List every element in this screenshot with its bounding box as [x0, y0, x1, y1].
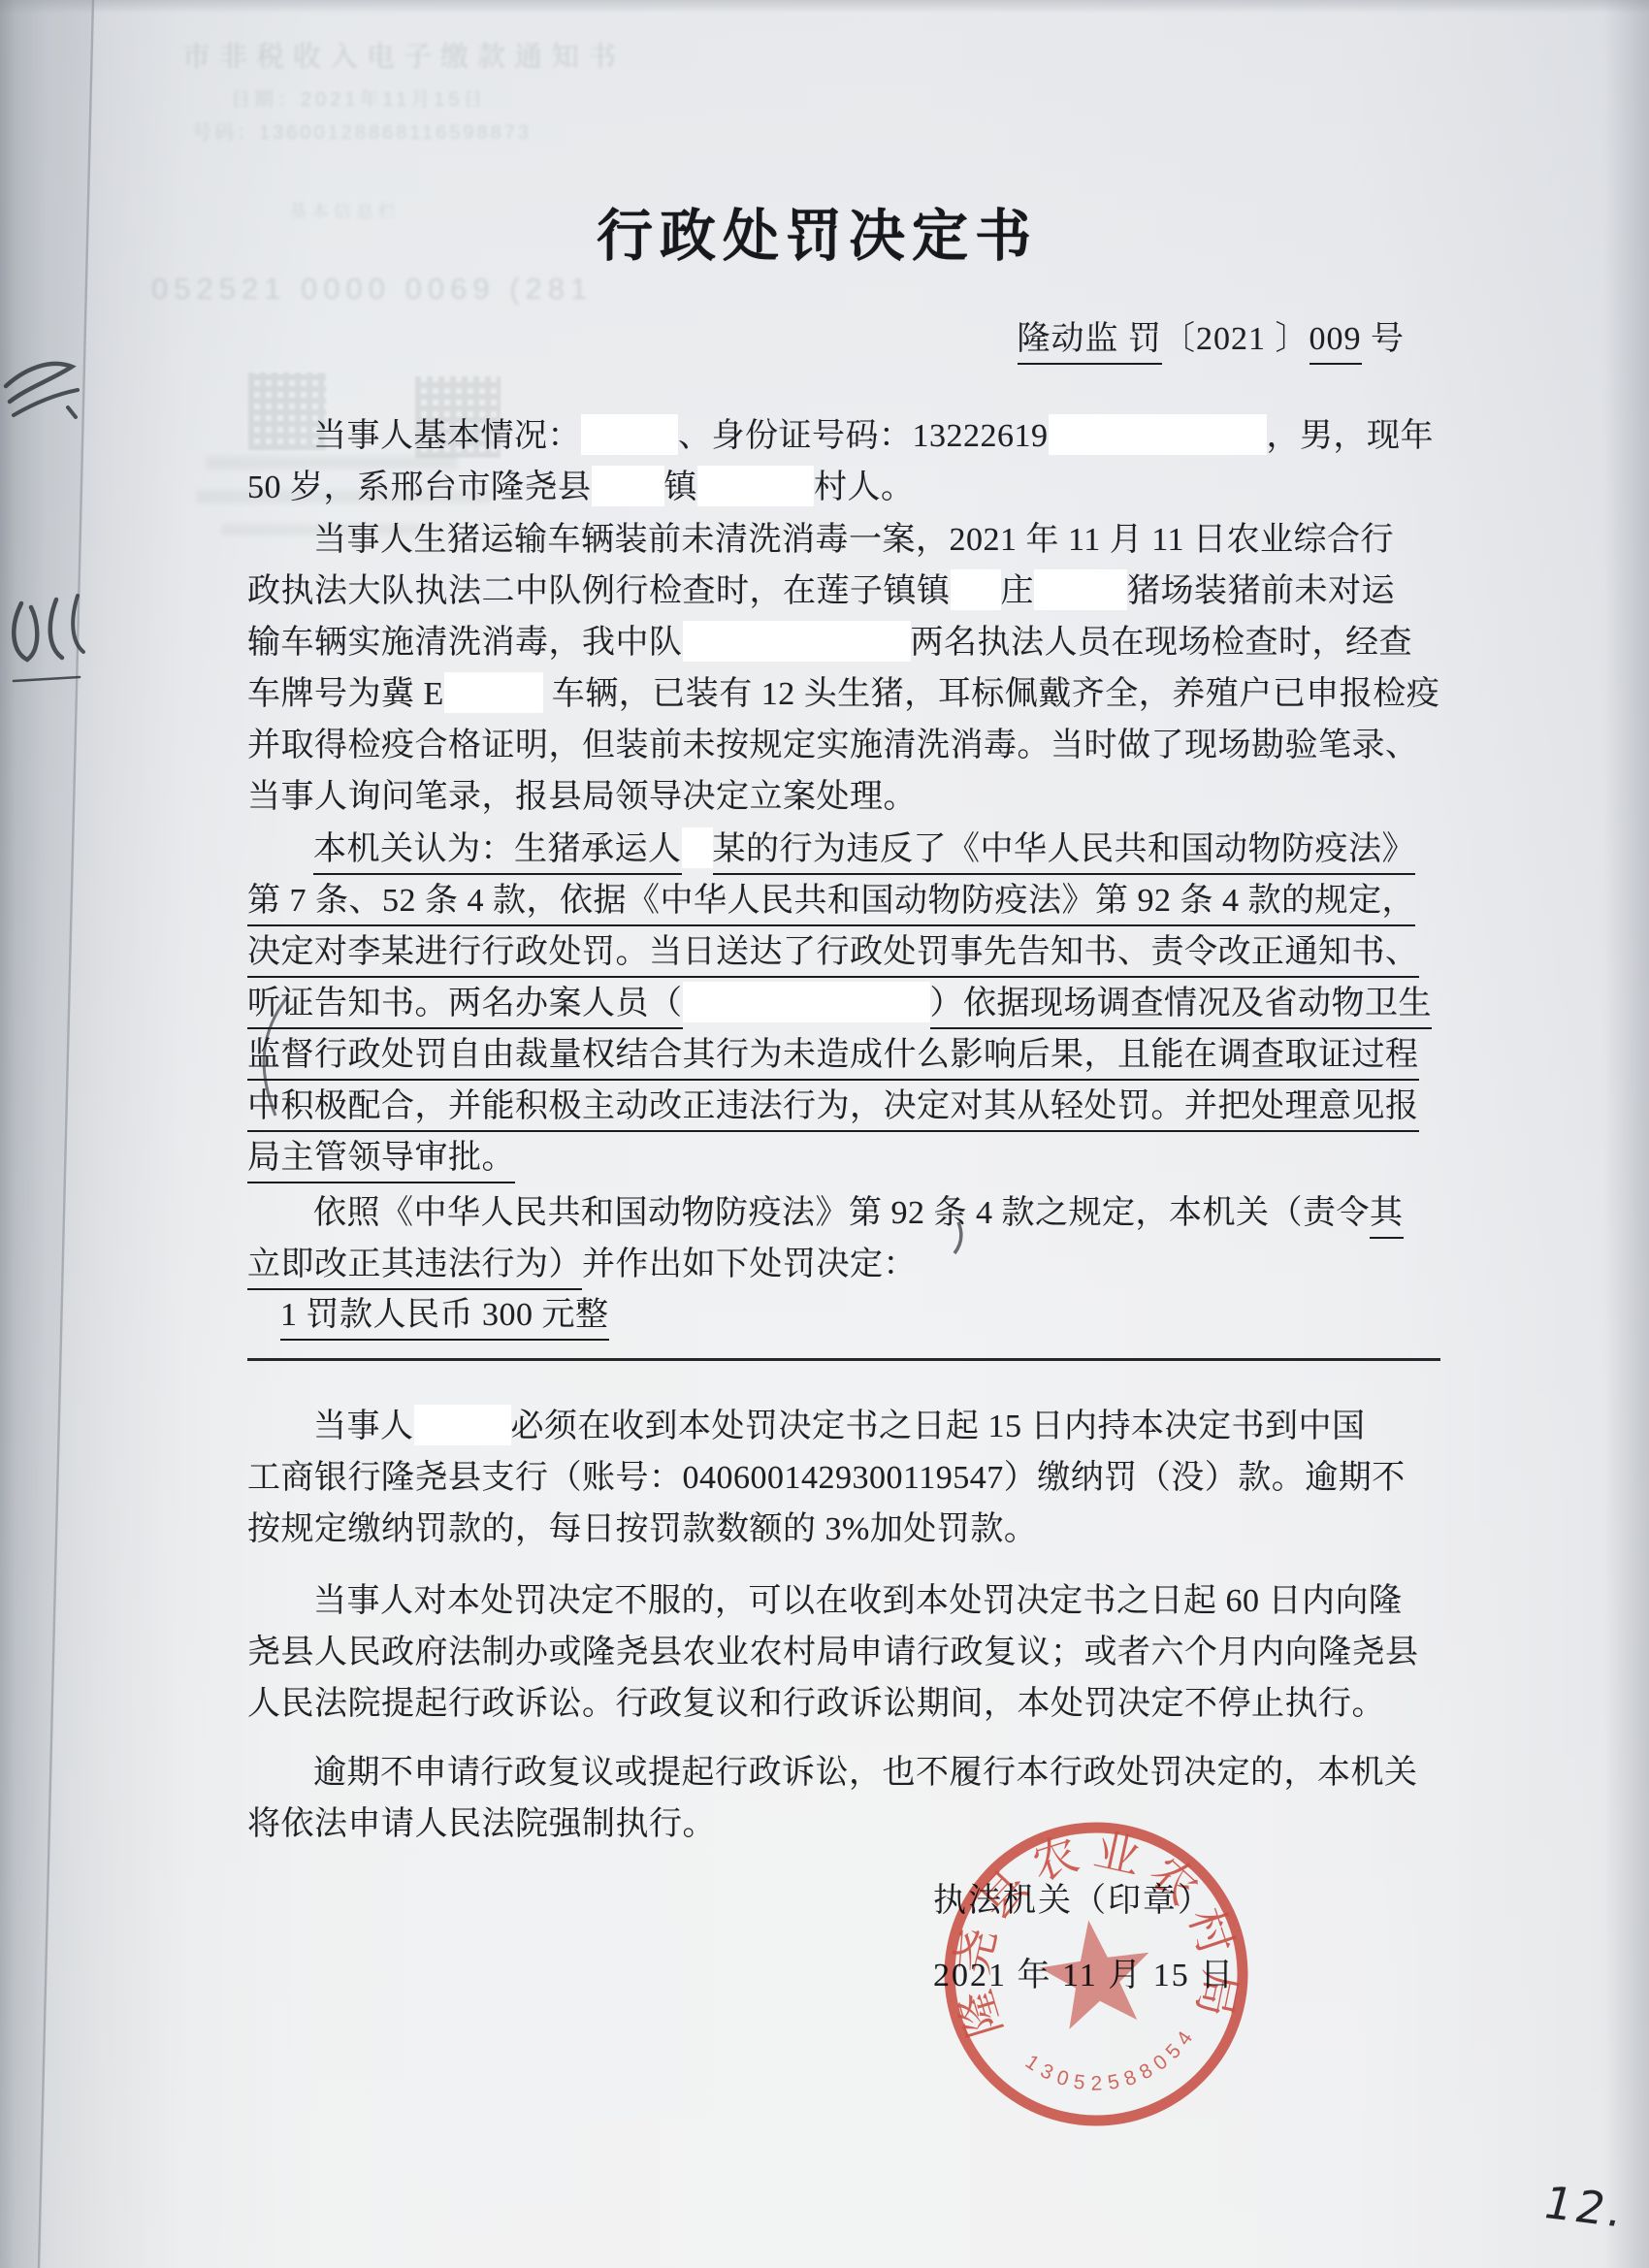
text-run: 当事人生猪运输车辆装前未清洗消毒一案，2021 年 11 月 11 日农业综合行	[313, 522, 1394, 558]
handwriting-scribble	[6, 364, 83, 681]
text-run: 并作出如下处罚决定：	[582, 1247, 917, 1282]
text-run: 听证告知书。两名办案人员（	[247, 986, 683, 1029]
text-run: 立即改正其违法行为）	[247, 1247, 582, 1290]
text-run: 当事人基本情况：	[313, 418, 581, 454]
document-line: 立即改正其违法行为）并作出如下处罚决定：	[247, 1239, 1442, 1290]
doc-number: 隆动监 罚〔2021 〕009 号	[1018, 311, 1406, 359]
text-run: 按规定缴纳罚款的，每日按罚款数额的 3%加处罚款。	[247, 1511, 1037, 1547]
paragraph-penalty-decision: 1 罚款人民币 300 元整	[247, 1289, 1442, 1341]
redaction-box	[682, 827, 713, 868]
text-run: 隆动监 罚	[1018, 321, 1163, 365]
text-run: 1 罚款人民币 300 元整	[280, 1297, 609, 1341]
text-run: 政执法大队执法二中队例行检查时，在莲子镇镇	[247, 573, 951, 609]
text-run: 逾期不申请行政复议或提起行政诉讼，也不履行本行政处罚决定的，本机关	[313, 1755, 1418, 1791]
document-line: 当事人基本情况：、身份证号码：13222619，男，现年	[247, 410, 1442, 462]
document-line: 人民法院提起行政诉讼。行政复议和行政诉讼期间，本处罚决定不停止执行。	[247, 1678, 1442, 1730]
text-run: 某的行为违反了《中华人民共和国动物防疫法》	[713, 831, 1416, 875]
document-line: 车牌号为冀 E 车辆，已装有 12 头生猪，耳标佩戴齐全，养殖户已申报检疫	[247, 668, 1442, 720]
text-run: 当事人询问笔录，报县局领导决定立案处理。	[247, 779, 917, 815]
page-edge-shadow	[1604, 0, 1649, 2268]
redaction-box	[683, 621, 911, 662]
text-run: 决定对李某进行行政处罚。当日送达了行政处罚事先告知书、责令改正通知书、	[247, 934, 1419, 978]
document-line: 输车辆实施清洗消毒，我中队两名执法人员在现场检查时，经查	[247, 617, 1442, 668]
paragraph-agency-findings: 本机关认为：生猪承运人某的行为违反了《中华人民共和国动物防疫法》第 7 条、52…	[247, 824, 1442, 1183]
document-line: 政执法大队执法二中队例行检查时，在莲子镇镇庄猪场装猪前未对运	[247, 566, 1442, 617]
document-line: 中积极配合，并能积极主动改正违法行为，决定对其从轻处罚。并把处理意见报	[247, 1081, 1442, 1132]
text-run: 〔2021 〕	[1162, 321, 1309, 357]
paragraph-payment-instructions: 当事人必须在收到本处罚决定书之日起 15 日内持本决定书到中国工商银行隆尧县支行…	[247, 1401, 1442, 1555]
text-run: 中积极配合，并能积极主动改正违法行为，决定对其从轻处罚。并把处理意见报	[247, 1088, 1419, 1132]
paragraph-appeal-rights: 当事人对本处罚决定不服的，可以在收到本处罚决定书之日起 60 日内向隆尧县人民政…	[247, 1575, 1442, 1730]
text-run: 009	[1309, 321, 1362, 365]
document-line: 决定对李某进行行政处罚。当日送达了行政处罚事先告知书、责令改正通知书、	[247, 926, 1442, 978]
text-run: 工商银行隆尧县支行（账号：0406001429300119547）缴纳罚（没）款…	[247, 1460, 1406, 1496]
sheet-edge-line	[39, 0, 93, 2268]
text-run: 车牌号为冀 E	[247, 676, 444, 712]
document-line: 本机关认为：生猪承运人某的行为违反了《中华人民共和国动物防疫法》	[247, 824, 1442, 875]
document-line: 监督行政处罚自由裁量权结合其行为未造成什么影响后果，且能在调查取证过程	[247, 1029, 1442, 1081]
paragraph-party-info: 当事人基本情况：、身份证号码：13222619，男，现年50 岁，系邢台市隆尧县…	[247, 410, 1442, 513]
text-run: 当事人	[313, 1409, 414, 1444]
document-line: 当事人对本处罚决定不服的，可以在收到本处罚决定书之日起 60 日内向隆	[247, 1575, 1442, 1627]
text-run: 依照《中华人民共和国动物防疫法》第 92 条 4 款之规定，本机关（责令	[313, 1195, 1370, 1231]
document-line: 1 罚款人民币 300 元整	[247, 1289, 1442, 1341]
document-line: 依照《中华人民共和国动物防疫法》第 92 条 4 款之规定，本机关（责令其	[247, 1187, 1442, 1239]
redaction-box	[444, 672, 543, 713]
redaction-box	[697, 466, 814, 506]
document-line: 并取得检疫合格证明，但装前未按规定实施清洗消毒。当时做了现场勘验笔录、	[247, 720, 1442, 771]
document-line: 第 7 条、52 条 4 款，依据《中华人民共和国动物防疫法》第 92 条 4 …	[247, 875, 1442, 926]
text-run: 人民法院提起行政诉讼。行政复议和行政诉讼期间，本处罚决定不停止执行。	[247, 1686, 1385, 1722]
text-run: 号	[1362, 321, 1406, 357]
document-line: 工商银行隆尧县支行（账号：0406001429300119547）缴纳罚（没）款…	[247, 1452, 1442, 1504]
text-run: 村人。	[814, 470, 915, 505]
scanned-document-page: 市非税收入电子缴款通知书 日期：2021年11月15日 号码：136001288…	[0, 0, 1649, 2268]
redaction-box	[581, 414, 678, 455]
handwritten-page-number: 12.	[1537, 2176, 1633, 2237]
redaction-box	[1049, 414, 1267, 455]
ghost-header-line3: 号码：13600128868116598873	[192, 116, 532, 145]
paragraph-legal-basis: 依照《中华人民共和国动物防疫法》第 92 条 4 款之规定，本机关（责令其立即改…	[247, 1187, 1442, 1290]
seal-star-icon	[1034, 1913, 1158, 2032]
page-title: 行政处罚决定书	[597, 190, 1038, 272]
ghost-header-line1: 市非税收入电子缴款通知书	[182, 35, 625, 75]
redaction-box	[592, 466, 664, 506]
divider-line	[247, 1358, 1440, 1361]
text-run: ，男，现年	[1267, 418, 1435, 454]
text-run: 镇	[664, 470, 698, 505]
text-run: 尧县人民政府法制办或隆尧县农业农村局申请行政复议；或者六个月内向隆尧县	[247, 1635, 1419, 1670]
text-run: 并取得检疫合格证明，但装前未按规定实施清洗消毒。当时做了现场勘验笔录、	[247, 728, 1419, 763]
ghost-header-line2: 日期：2021年11月15日	[231, 83, 487, 112]
text-run: 将依法申请人民法院强制执行。	[247, 1806, 716, 1842]
redaction-box	[414, 1405, 511, 1445]
document-line: 按规定缴纳罚款的，每日按罚款数额的 3%加处罚款。	[247, 1504, 1442, 1555]
text-run: 猪场装猪前未对运	[1127, 573, 1395, 609]
text-run: 其	[1370, 1195, 1404, 1239]
redaction-box	[683, 982, 930, 1022]
text-run: 车辆，已装有 12 头生猪，耳标佩戴齐全，养殖户已申报检疫	[543, 676, 1440, 712]
redaction-box	[951, 569, 1001, 610]
text-run: 当事人对本处罚决定不服的，可以在收到本处罚决定书之日起 60 日内向隆	[313, 1583, 1403, 1619]
ghost-header-line4: 基本信息栏	[289, 198, 401, 223]
text-run: 50 岁，系邢台市隆尧县	[247, 470, 592, 505]
text-run: ）依据现场调查情况及省动物卫生	[930, 986, 1433, 1029]
document-line: 当事人必须在收到本处罚决定书之日起 15 日内持本决定书到中国	[247, 1401, 1442, 1452]
text-run: 庄	[1001, 573, 1035, 609]
paragraph-case-facts: 当事人生猪运输车辆装前未清洗消毒一案，2021 年 11 月 11 日农业综合行…	[247, 514, 1442, 823]
redaction-box	[1034, 569, 1127, 610]
document-line: 局主管领导审批。	[247, 1132, 1442, 1183]
document-line: 尧县人民政府法制办或隆尧县农业农村局申请行政复议；或者六个月内向隆尧县	[247, 1627, 1442, 1678]
underlying-sheet	[0, 0, 93, 2268]
official-seal: 隆尧县农业农村局 1305258805431	[912, 1790, 1280, 2158]
text-run: 两名执法人员在现场检查时，经查	[911, 625, 1413, 661]
document-line: 听证告知书。两名办案人员（）依据现场调查情况及省动物卫生	[247, 978, 1442, 1029]
text-run: 输车辆实施清洗消毒，我中队	[247, 625, 683, 661]
document-line: 50 岁，系邢台市隆尧县镇村人。	[247, 462, 1442, 513]
document-line: 当事人生猪运输车辆装前未清洗消毒一案，2021 年 11 月 11 日农业综合行	[247, 514, 1442, 566]
text-run: 监督行政处罚自由裁量权结合其行为未造成什么影响后果，且能在调查取证过程	[247, 1037, 1419, 1081]
text-run: 本机关认为：生猪承运人	[313, 831, 682, 875]
document-line: 当事人询问笔录，报县局领导决定立案处理。	[247, 771, 1442, 823]
text-run: 局主管领导审批。	[247, 1140, 515, 1183]
text-run: 必须在收到本处罚决定书之日起 15 日内持本决定书到中国	[511, 1409, 1366, 1444]
ghost-serial-number: 052521 0000 0069 (281	[151, 272, 593, 307]
text-run: 、身份证号码：13222619	[678, 418, 1049, 454]
text-run: 第 7 条、52 条 4 款，依据《中华人民共和国动物防疫法》第 92 条 4 …	[247, 883, 1415, 926]
